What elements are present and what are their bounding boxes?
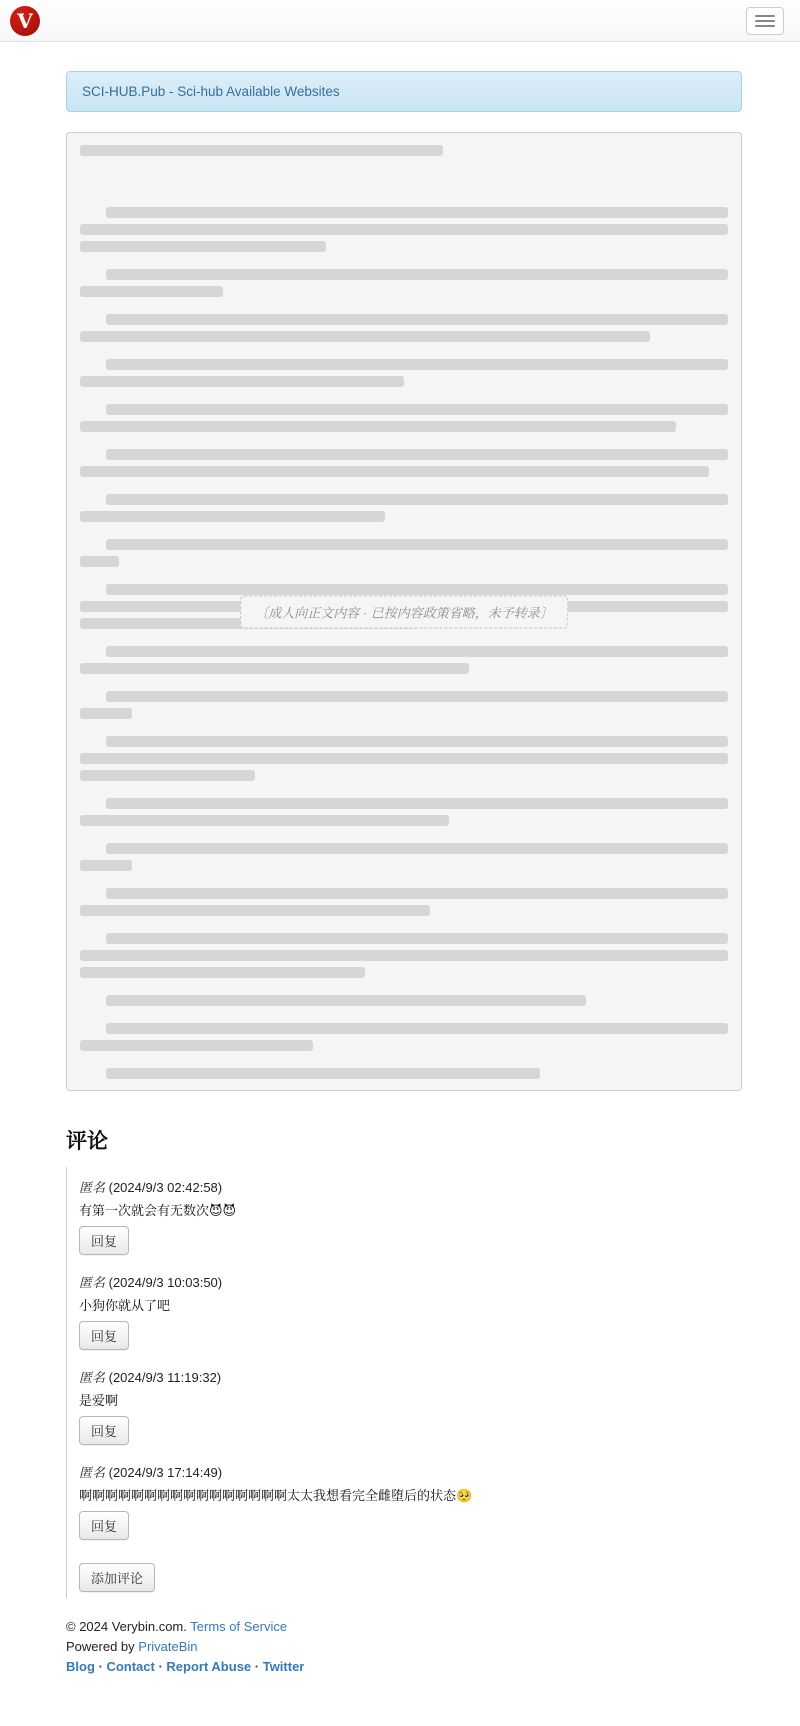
redacted-line	[106, 449, 728, 460]
privatebin-link[interactable]: PrivateBin	[138, 1639, 197, 1654]
footer-copyright: © 2024 Verybin.com.	[66, 1619, 187, 1634]
reply-button[interactable]: 回复	[79, 1321, 129, 1350]
redacted-line	[80, 770, 255, 781]
redacted-line	[80, 511, 385, 522]
comments-section: 匿名 (2024/9/3 02:42:58) 有第一次就会有无数次😈😈 回复 匿…	[66, 1167, 742, 1598]
reply-button[interactable]: 回复	[79, 1511, 129, 1540]
redacted-line	[80, 905, 430, 916]
redacted-line	[80, 331, 650, 342]
redacted-line	[106, 646, 728, 657]
redacted-line	[106, 494, 728, 505]
redacted-line	[80, 860, 132, 871]
redaction-notice: 〔成人向正文内容 · 已按内容政策省略，未予转录〕	[240, 595, 568, 628]
hamburger-icon	[755, 15, 775, 17]
footer-nav: Blog · Contact · Report Abuse · Twitter	[66, 1660, 742, 1674]
paste-content: 〔成人向正文内容 · 已按内容政策省略，未予转录〕	[66, 132, 742, 1091]
comment-text: 是爱啊	[79, 1390, 742, 1409]
comment-item: 匿名 (2024/9/3 17:14:49) 啊啊啊啊啊啊啊啊啊啊啊啊啊啊啊啊太…	[79, 1462, 742, 1540]
redacted-line	[106, 843, 728, 854]
redacted-paragraph	[80, 494, 728, 522]
comment-author: 匿名	[79, 1465, 109, 1480]
redacted-line	[106, 404, 728, 415]
comment-item: 匿名 (2024/9/3 10:03:50) 小狗你就从了吧 回复	[79, 1272, 742, 1350]
redacted-line	[80, 815, 449, 826]
redacted-line	[80, 286, 223, 297]
footer-link-contact[interactable]: Contact	[106, 1659, 154, 1674]
redacted-line	[106, 1023, 728, 1034]
comment-timestamp: (2024/9/3 11:19:32)	[109, 1370, 222, 1385]
redacted-line	[80, 376, 404, 387]
redacted-line	[80, 224, 728, 235]
terms-of-service-link[interactable]: Terms of Service	[190, 1619, 287, 1634]
hamburger-icon	[755, 20, 775, 22]
comment-item: 匿名 (2024/9/3 02:42:58) 有第一次就会有无数次😈😈 回复	[79, 1177, 742, 1255]
redacted-line	[106, 314, 728, 325]
redacted-line	[106, 888, 728, 899]
comment-meta: 匿名 (2024/9/3 10:03:50)	[79, 1272, 742, 1291]
comment-meta: 匿名 (2024/9/3 11:19:32)	[79, 1367, 742, 1386]
reply-button[interactable]: 回复	[79, 1226, 129, 1255]
redacted-paragraph	[80, 888, 728, 916]
redacted-line	[106, 736, 728, 747]
footer-link-separator: ·	[155, 1659, 167, 1674]
redacted-line	[80, 421, 676, 432]
footer: © 2024 Verybin.com. Terms of Service Pow…	[66, 1620, 742, 1726]
redacted-paragraph	[80, 359, 728, 387]
comment-meta: 匿名 (2024/9/3 02:42:58)	[79, 1177, 742, 1196]
redacted-line	[106, 691, 728, 702]
paste-title-alert: SCI-HUB.Pub - Sci-hub Available Websites	[66, 71, 742, 112]
redacted-line	[80, 145, 443, 156]
redacted-line	[106, 359, 728, 370]
reply-button[interactable]: 回复	[79, 1416, 129, 1445]
hamburger-icon	[755, 25, 775, 27]
redacted-paragraph	[80, 314, 728, 342]
comment-timestamp: (2024/9/3 10:03:50)	[109, 1275, 222, 1290]
redacted-paragraph	[80, 1068, 728, 1079]
redacted-paragraph	[80, 843, 728, 871]
comment-meta: 匿名 (2024/9/3 17:14:49)	[79, 1462, 742, 1481]
comment-text: 啊啊啊啊啊啊啊啊啊啊啊啊啊啊啊啊太太我想看完全雌堕后的状态🥺	[79, 1485, 742, 1504]
site-logo[interactable]: V	[10, 6, 40, 36]
redacted-paragraph	[80, 798, 728, 826]
redacted-line	[106, 269, 728, 280]
comment-timestamp: (2024/9/3 02:42:58)	[109, 1180, 222, 1195]
redacted-line	[106, 933, 728, 944]
redacted-line	[80, 950, 728, 961]
redacted-paragraph	[80, 539, 728, 567]
menu-button[interactable]	[746, 7, 784, 35]
redacted-paragraph	[80, 736, 728, 781]
redacted-paragraph	[80, 933, 728, 978]
add-comment-button[interactable]: 添加评论	[79, 1563, 155, 1592]
redacted-line	[80, 241, 326, 252]
footer-link-separator: ·	[95, 1659, 107, 1674]
redacted-paragraph	[80, 269, 728, 297]
comments-heading: 评论	[66, 1125, 742, 1155]
navbar: V	[0, 0, 800, 42]
redacted-line	[106, 207, 728, 218]
footer-link-twitter[interactable]: Twitter	[263, 1659, 305, 1674]
footer-link-blog[interactable]: Blog	[66, 1659, 95, 1674]
redacted-line	[80, 967, 365, 978]
redacted-paragraph	[80, 404, 728, 432]
paste-title: SCI-HUB.Pub - Sci-hub Available Websites	[82, 84, 340, 99]
comment-author: 匿名	[79, 1180, 109, 1195]
redacted-line	[106, 584, 728, 595]
powered-by-label: Powered by	[66, 1639, 135, 1654]
footer-link-separator: ·	[251, 1659, 263, 1674]
redacted-line	[80, 753, 728, 764]
redacted-paragraph	[80, 449, 728, 477]
footer-link-report-abuse[interactable]: Report Abuse	[166, 1659, 251, 1674]
redacted-line	[80, 466, 709, 477]
comment-author: 匿名	[79, 1370, 109, 1385]
redacted-paragraph	[80, 995, 728, 1006]
logo-letter: V	[17, 9, 33, 33]
redacted-line	[106, 798, 728, 809]
redacted-paragraph	[80, 691, 728, 719]
redacted-line	[80, 663, 469, 674]
redacted-line	[80, 1040, 313, 1051]
comment-text: 小狗你就从了吧	[79, 1295, 742, 1314]
comment-item: 匿名 (2024/9/3 11:19:32) 是爱啊 回复	[79, 1367, 742, 1445]
redacted-line	[106, 1068, 540, 1079]
comment-author: 匿名	[79, 1275, 109, 1290]
redacted-line	[80, 708, 132, 719]
redacted-paragraph	[80, 646, 728, 674]
redacted-line	[106, 539, 728, 550]
redacted-line	[106, 995, 586, 1006]
redacted-paragraph	[80, 145, 728, 156]
redacted-paragraph	[80, 1023, 728, 1051]
comment-text: 有第一次就会有无数次😈😈	[79, 1200, 742, 1219]
comment-timestamp: (2024/9/3 17:14:49)	[109, 1465, 222, 1480]
redacted-paragraph	[80, 207, 728, 252]
redacted-line	[80, 556, 119, 567]
